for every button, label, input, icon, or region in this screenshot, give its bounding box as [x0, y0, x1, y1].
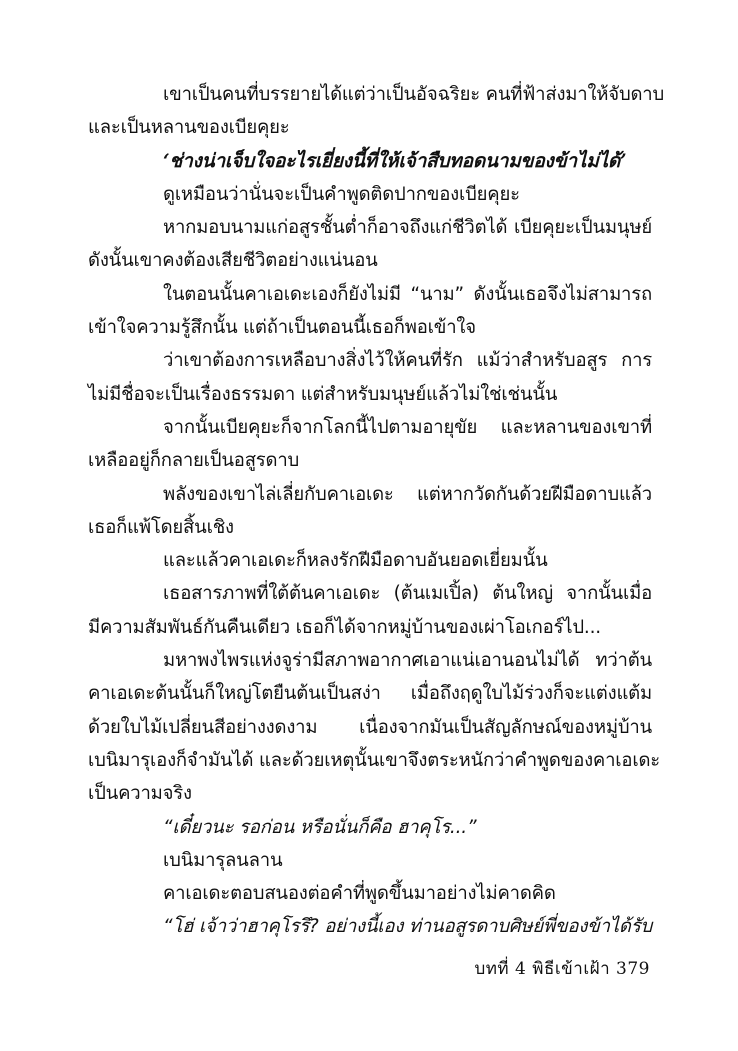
text-line-26: “โฮ่ เจ้าว่าฮาคุโรรึ? อย่างนี้เอง ท่านอส…	[88, 910, 652, 943]
text-line-10: ไม่มีชื่อจะเป็นเรื่องธรรมดา แต่สำหรับมนุ…	[88, 378, 652, 411]
text-line-2: และเป็นหลานของเบียคุยะ	[88, 111, 652, 144]
running-footer: บทที่ 4 พิธีเข้าเฝ้า 379	[450, 955, 650, 982]
text-line-12: เหลืออยู่ก็กลายเป็นอสูรดาบ	[88, 444, 652, 477]
text-line-24: เบนิมารุลนลาน	[88, 844, 652, 877]
text-line-7: ในตอนนั้นคาเอเดะเองก็ยังไม่มี “นาม” ดังน…	[88, 278, 652, 311]
text-line-25: คาเอเดะตอบสนองต่อคำที่พูดขึ้นมาอย่างไม่ค…	[88, 877, 652, 910]
text-line-13: พลังของเขาไล่เลี่ยกับคาเอเดะ แต่หากวัดกั…	[88, 478, 652, 511]
text-line-4: ดูเหมือนว่านั่นจะเป็นคำพูดติดปากของเบียค…	[88, 178, 652, 211]
text-line-21: เบนิมารุเองก็จำมันได้ และด้วยเหตุนั้นเขา…	[88, 744, 652, 777]
text-line-19: คาเอเดะต้นนั้นก็ใหญ่โตยืนต้นเป็นสง่า เมื…	[88, 677, 652, 710]
text-line-15: และแล้วคาเอเดะก็หลงรักฝีมือดาบอันยอดเยี่…	[88, 544, 652, 577]
text-line-16: เธอสารภาพที่ใต้ต้นคาเอเดะ (ต้นเมเปิ้ล) ต…	[88, 577, 652, 610]
text-line-8: เข้าใจความรู้สึกนั้น แต่ถ้าเป็นตอนนี้เธอ…	[88, 311, 652, 344]
text-line-11: จากนั้นเบียคุยะก็จากโลกนี้ไปตามอายุขัย แ…	[88, 411, 652, 444]
text-line-18: มหาพงไพรแห่งจูร่ามีสภาพอากาศเอาแน่เอานอน…	[88, 644, 652, 677]
text-line-6: ดังนั้นเขาคงต้องเสียชีวิตอย่างแน่นอน	[88, 244, 652, 277]
text-line-17: มีความสัมพันธ์กันคืนเดียว เธอก็ได้จากหมู…	[88, 611, 652, 644]
text-line-22: เป็นความจริง	[88, 777, 652, 810]
text-line-3: ‘ช่างน่าเจ็บใจอะไรเยี่ยงนี้ที่ให้เจ้าสืบ…	[88, 145, 652, 178]
text-line-20: ด้วยใบไม้เปลี่ยนสีอย่างงดงาม เนื่องจากมั…	[88, 711, 652, 744]
text-line-9: ว่าเขาต้องการเหลือบางสิ่งไว้ให้คนที่รัก …	[88, 344, 652, 377]
page-body: เขาเป็นคนที่บรรยายได้แต่ว่าเป็นอัจฉริยะ …	[88, 78, 652, 944]
text-line-5: หากมอบนามแก่อสูรชั้นต่ำก็อาจถึงแก่ชีวิตไ…	[88, 211, 652, 244]
text-line-14: เธอก็แพ้โดยสิ้นเชิง	[88, 511, 652, 544]
text-line-1: เขาเป็นคนที่บรรยายได้แต่ว่าเป็นอัจฉริยะ …	[88, 78, 652, 111]
text-line-23: “เดี๋ยวนะ รอก่อน หรือนั่นก็คือ ฮาคุโร...…	[88, 811, 652, 844]
